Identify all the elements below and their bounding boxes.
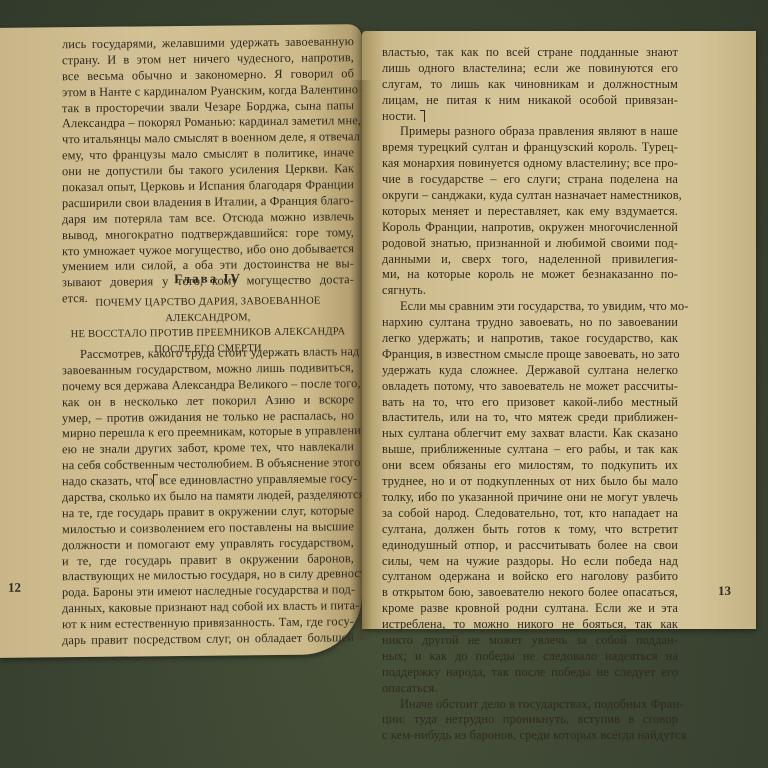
open-bracket-mark xyxy=(153,474,158,486)
text-line: лишь одного властелина; если же повинуют… xyxy=(382,61,678,77)
text-line: толку, ибо по указанной причине они не м… xyxy=(382,490,678,506)
text-line: ных; и как до победы не следовало надеят… xyxy=(382,649,678,665)
page-number: 12 xyxy=(8,580,21,596)
text-line: нархию султана трудно завоевать, но по з… xyxy=(382,315,678,331)
text-line: которых меняет и переставляет, как ему в… xyxy=(382,204,678,220)
text-line: выше, приближенные султана – его рабы, и… xyxy=(382,442,678,458)
book-gutter-shadow xyxy=(350,80,372,640)
text-line: властью, так как по всей стране подданны… xyxy=(382,45,678,61)
text-line: легко удержать; и напротив, такое госуда… xyxy=(382,331,678,347)
text-line: время турецкий султан и французский коро… xyxy=(382,140,678,156)
left-page-continued-text: лись государями, желавшими удержать заво… xyxy=(62,34,354,307)
text-line: ности. xyxy=(382,109,678,125)
text-line: округи – санджаки, куда султан назначает… xyxy=(382,188,678,204)
text-line: Король Франции, напротив, окружен многоч… xyxy=(382,220,678,236)
text-line: силы, чем на чужие раздоры. Но если побе… xyxy=(382,554,678,570)
text-line: ции: туда нетрудно проникнуть, вступив в… xyxy=(382,712,678,728)
text-line: никто другой не может увлечь за собой по… xyxy=(382,633,678,649)
text-line: ных султана облегчит ему захват власти. … xyxy=(382,426,678,442)
chapter-subtitle-line: ПОЧЕМУ ЦАРСТВО ДАРИЯ, ЗАВОЕВАННОЕ АЛЕКСА… xyxy=(62,293,354,327)
text-line: кая монархия повинуется одному властелин… xyxy=(382,156,678,172)
text-line: опасаться. xyxy=(382,681,678,697)
text-line: поддержку народа, так после победы не сл… xyxy=(382,665,678,681)
text-fragment: ности. xyxy=(382,109,416,123)
text-line: в открытом бою, завоевателю некого более… xyxy=(382,585,678,601)
text-line: труднее, но и от подкупленных от них был… xyxy=(382,474,678,490)
text-line: удержать куда сложнее. Державой султана … xyxy=(382,363,678,379)
text-line: данными и, сверх того, наделенной привил… xyxy=(382,252,678,268)
text-line: Иначе обстоит дело в государствах, подоб… xyxy=(382,697,678,713)
text-line: с кем-нибудь из баронов, среди которых в… xyxy=(382,728,678,744)
chapter-subtitle-line: НЕ ВОССТАЛО ПРОТИВ ПРЕЕМНИКОВ АЛЕКСАНДРА xyxy=(62,324,354,343)
text-line: султаном одержана и войско его наголову … xyxy=(382,569,678,585)
text-line: лицам, не питая к ним никакой особой при… xyxy=(382,93,678,109)
text-line: Если мы сравним эти государства, то увид… xyxy=(382,299,678,315)
text-line: единодушный отпор, и рассчитывать более … xyxy=(382,538,678,554)
close-bracket-mark xyxy=(420,110,425,122)
text-line: ми, на которые король не может безнаказа… xyxy=(382,267,678,283)
text-line: вать на то, что его призовет какой-либо … xyxy=(382,395,678,411)
text-fragment: все единовластно управляемые госу- xyxy=(159,471,357,487)
text-line: овладеть потому, что завоеватель не може… xyxy=(382,379,678,395)
text-line: Примеры разного образа правления являют … xyxy=(382,124,678,140)
left-page: лись государями, желавшими удержать заво… xyxy=(0,24,362,658)
right-page: властью, так как по всей стране подданны… xyxy=(362,31,756,629)
text-line: они всем обязаны его милостям, то подкуп… xyxy=(382,458,678,474)
chapter-title: Глава IV xyxy=(62,269,354,288)
text-line: родовой знатью, признанной и любимой сво… xyxy=(382,236,678,252)
text-line: султана, должен быть готов к тому, что в… xyxy=(382,522,678,538)
text-line: властитель, или на то, что мятеж среди п… xyxy=(382,410,678,426)
text-line: Франция, в известном смысле проще завоев… xyxy=(382,347,678,363)
text-line: истреблена, то можно никого не бояться, … xyxy=(382,617,678,633)
text-line: дарь правит посредством слуг, он обладае… xyxy=(62,630,354,649)
text-line: за собой народ. Следовательно, тот, кто … xyxy=(382,506,678,522)
text-line: сягнуть. xyxy=(382,283,678,299)
text-line: кроме разве кровной родни султана. Если … xyxy=(382,601,678,617)
chapter-body-text: Рассмотрев, какого труда стоит удержать … xyxy=(62,344,354,649)
text-fragment: надо сказать, что xyxy=(62,473,153,488)
page-number: 13 xyxy=(718,583,731,599)
text-line: слугам, то лишь как чиновникам и должнос… xyxy=(382,77,678,93)
right-page-text: властью, так как по всей стране подданны… xyxy=(382,45,678,744)
text-line: чие в государстве – его слуги; страна по… xyxy=(382,172,678,188)
